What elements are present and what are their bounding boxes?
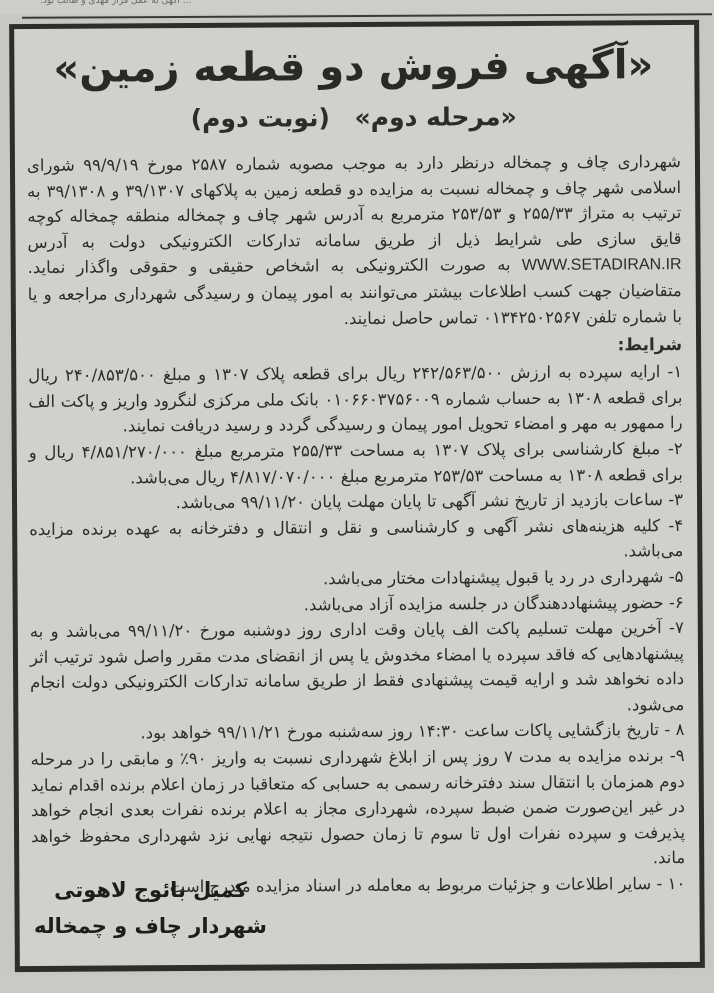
previous-article-fragment: ... آگهی به عمل قرار مهدی و طالب بود. [40, 0, 191, 6]
divider [22, 13, 712, 19]
condition-2: ۲- مبلغ کارشناسی برای پلاک ۱۳۰۷ به مساحت… [29, 436, 683, 491]
newspaper-top-strip: ... آگهی به عمل قرار مهدی و طالب بود. [0, 0, 714, 14]
intro-text-1: شهرداری چاف و چمخاله درنظر دارد به موجب … [27, 152, 682, 252]
signature-block: کمیل بائوج لاهوتی شهردار چاف و چمخاله [34, 872, 267, 944]
stage-label: «مرحله دوم» [354, 102, 516, 132]
condition-8: ۸ - تاریخ بازگشایی پاکات ساعت ۱۴:۳۰ روز … [30, 717, 684, 747]
advertisement-content: «آگهی فروش دو قطعه زمین» «مرحله دوم» (نو… [26, 25, 686, 966]
condition-1: ۱- ارایه سپرده به ارزش ۲۴۲/۵۶۳/۵۰۰ ریال … [28, 359, 682, 440]
conditions-heading: شرایط: [28, 331, 682, 363]
website-url: WWW.SETADIRAN.IR [522, 256, 682, 274]
page-bottom [0, 975, 714, 993]
condition-9: ۹- برنده مزایده به مدت ۷ روز پس از ابلاغ… [31, 743, 686, 875]
condition-4: ۴- کلیه هزینه‌های نشر آگهی و کارشناسی و … [29, 513, 683, 568]
intro-paragraph: شهرداری چاف و چمخاله درنظر دارد به موجب … [27, 149, 682, 333]
advertisement-frame: «آگهی فروش دو قطعه زمین» «مرحله دوم» (نو… [9, 20, 705, 972]
signatory-position: شهردار چاف و چمخاله [34, 908, 267, 944]
condition-6: ۶- حضور پیشنهاددهندگان در جلسه مزایده آز… [30, 590, 684, 620]
condition-3: ۳- ساعات بازدید از تاریخ نشر آگهی تا پای… [29, 487, 683, 517]
condition-7: ۷- آخرین مهلت تسلیم پاکت الف پایان وقت ا… [30, 615, 685, 721]
condition-5: ۵- شهرداری در رد یا قبول پیشنهادات مختار… [29, 564, 683, 594]
notice-title: «آگهی فروش دو قطعه زمین» [26, 37, 680, 97]
signatory-name: کمیل بائوج لاهوتی [34, 872, 267, 908]
notice-subtitle: «مرحله دوم» (نوبت دوم) [27, 97, 681, 139]
round-label: (نوبت دوم) [191, 103, 330, 133]
